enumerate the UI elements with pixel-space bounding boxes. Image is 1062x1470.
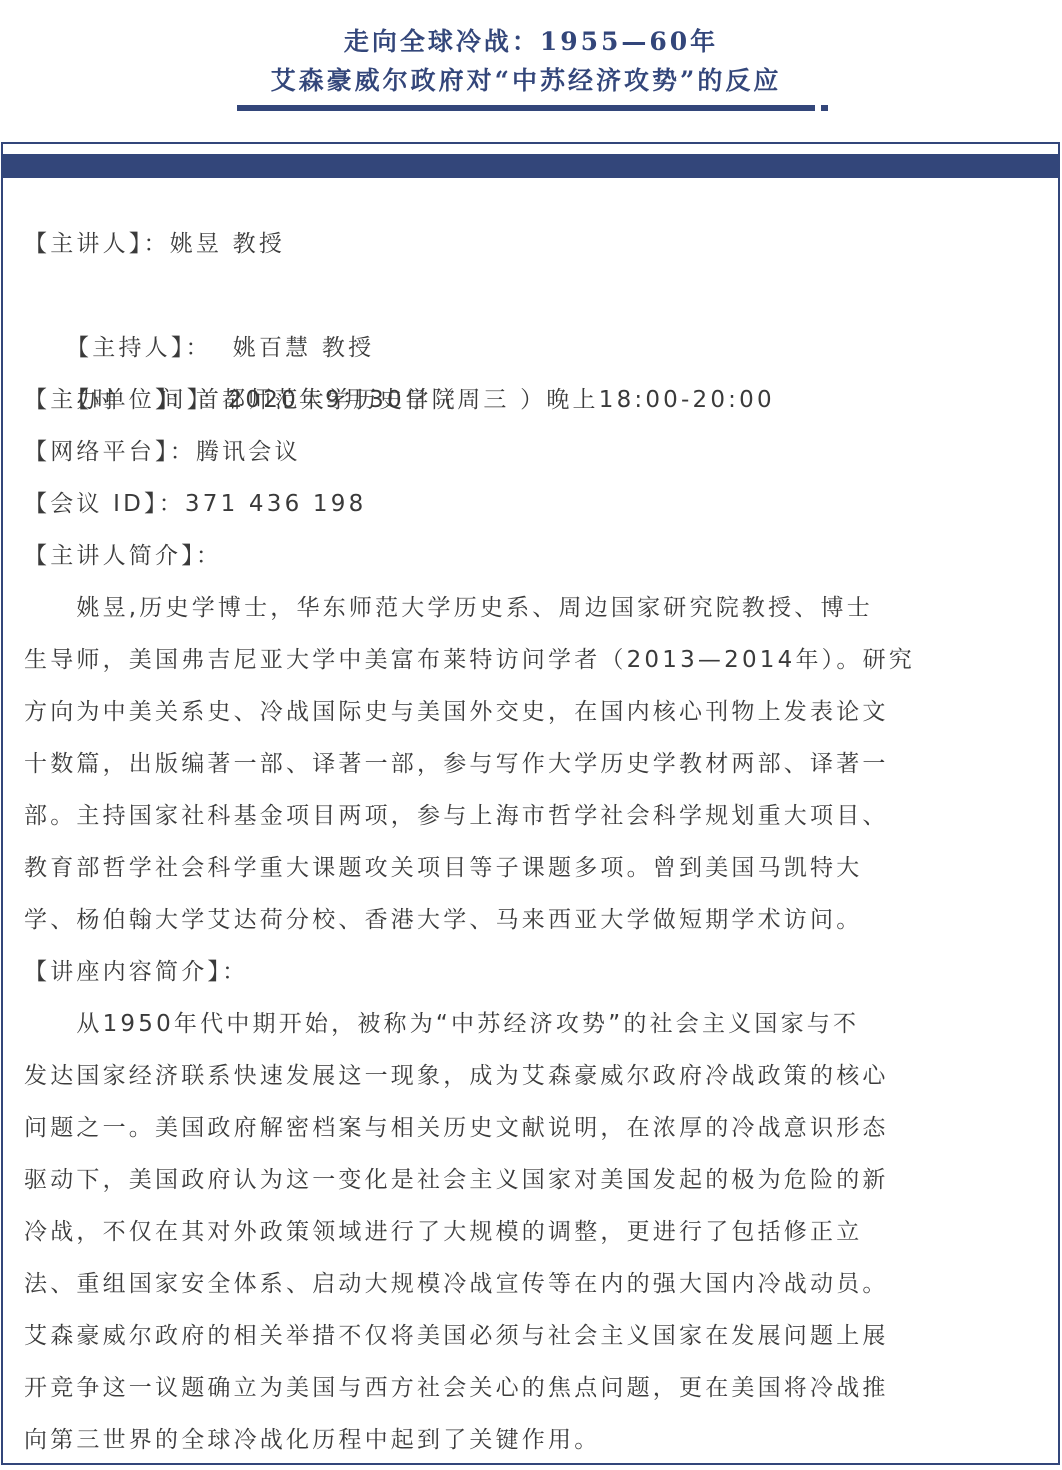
lecture-intro-line: 驱动下，美国政府认为这一变化是社会主义国家对美国发起的极为危险的新 xyxy=(24,1154,1039,1206)
lecture-intro-line: 向第三世界的全球冷战化历程中起到了关键作用。 xyxy=(24,1414,1039,1466)
info-value: 371 436 198 xyxy=(185,491,367,517)
lecture-intro-heading: 【讲座内容简介】： xyxy=(24,946,1039,998)
speaker-intro-line: 方向为中美关系史、冷战国际史与美国外交史，在国内核心刊物上发表论文 xyxy=(24,686,1039,738)
page-title-line-2: 艾森豪威尔政府对“中苏经济攻势”的反应 xyxy=(0,61,1057,97)
speaker-intro-line: 部。主持国家社科基金项目两项，参与上海市哲学社会科学规划重大项目、 xyxy=(24,790,1039,842)
info-value: 首都师范大学历史学院 xyxy=(196,387,458,413)
info-row-meeting-id: 【会议 ID】：371 436 198 xyxy=(24,478,1039,530)
lecture-intro-line: 问题之一。美国政府解密档案与相关历史文献说明，在浓厚的冷战意识形态 xyxy=(24,1102,1039,1154)
speaker-intro-line: 姚昱,历史学博士，华东师范大学历史系、周边国家研究院教授、博士 xyxy=(24,582,1039,634)
speaker-intro-line: 教育部哲学社会科学重大课题攻关项目等子课题多项。曾到美国马凯特大 xyxy=(24,842,1039,894)
lecture-details: 【主讲人】：姚昱 教授 【主持人】： 姚百慧 教授 【时 间】：2020年9月3… xyxy=(24,218,1039,1466)
title-underline-bar xyxy=(237,105,815,111)
info-label: 【网络平台】： xyxy=(24,439,196,465)
lecture-intro-line: 艾森豪威尔政府的相关举措不仅将美国必须与社会主义国家在发展问题上展 xyxy=(24,1310,1039,1362)
info-label: 【主持人】： xyxy=(66,335,212,361)
speaker-intro-heading: 【主讲人简介】： xyxy=(24,530,1039,582)
info-label: 【主讲人】： xyxy=(24,231,170,257)
lecture-intro-line: 开竞争这一议题确立为美国与西方社会关心的焦点问题，更在美国将冷战推 xyxy=(24,1362,1039,1414)
speaker-intro-line: 十数篇，出版编著一部、译著一部，参与写作大学历史学教材两部、译著一 xyxy=(24,738,1039,790)
title-underline-dot xyxy=(821,105,828,111)
lecture-intro-line: 从1950年代中期开始，被称为“中苏经济攻势”的社会主义国家与不 xyxy=(24,998,1039,1050)
lecture-intro-line: 冷战，不仅在其对外政策领域进行了大规模的调整，更进行了包括修正立 xyxy=(24,1206,1039,1258)
info-label: 【主办单位】： xyxy=(24,387,196,413)
info-label: 【会议 ID】： xyxy=(24,491,185,517)
lecture-intro-line: 发达国家经济联系快速发展这一现象，成为艾森豪威尔政府冷战政策的核心 xyxy=(24,1050,1039,1102)
info-value: 腾讯会议 xyxy=(196,439,301,465)
speaker-intro-line: 学、杨伯翰大学艾达荷分校、香港大学、马来西亚大学做短期学术访问。 xyxy=(24,894,1039,946)
info-row-host: 【主持人】： 姚百慧 教授 xyxy=(24,270,1039,322)
lecture-intro-line: 法、重组国家安全体系、启动大规模冷战宣传等在内的强大国内冷战动员。 xyxy=(24,1258,1039,1310)
header-band xyxy=(3,154,1058,178)
title-block: 走向全球冷战：1955—60年 艾森豪威尔政府对“中苏经济攻势”的反应 xyxy=(0,0,1062,120)
info-value: 姚百慧 教授 xyxy=(212,335,375,361)
info-row-platform: 【网络平台】：腾讯会议 xyxy=(24,426,1039,478)
info-value: 姚昱 教授 xyxy=(170,231,285,257)
speaker-intro-line: 生导师，美国弗吉尼亚大学中美富布莱特访问学者（2013—2014年）。研究 xyxy=(24,634,1039,686)
info-row-speaker: 【主讲人】：姚昱 教授 xyxy=(24,218,1039,270)
page-title-line-1: 走向全球冷战：1955—60年 xyxy=(0,22,1062,58)
